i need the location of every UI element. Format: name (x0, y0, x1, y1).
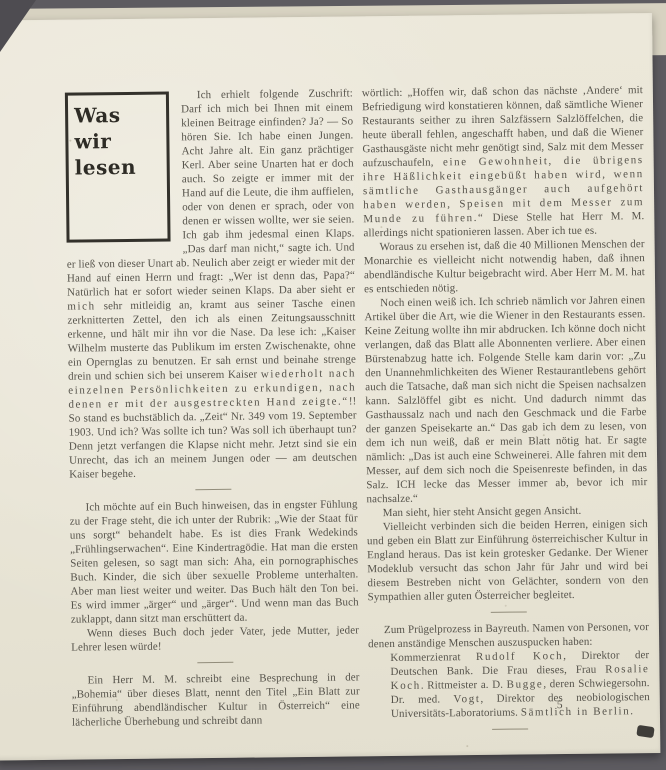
letterspaced-text: mich (67, 300, 96, 312)
letterspaced-text: Rudolf Koch (476, 650, 563, 663)
text-segment: Ich möchte auf ein Buch hinweisen, das i… (70, 498, 359, 625)
page-number: 5 (557, 699, 563, 711)
letterspaced-text: Bugge (507, 678, 544, 690)
text-segment: Man sieht, hier steht Ansicht gegen Ansi… (383, 505, 582, 519)
page-content: Was wir lesen Ich erhielt folgende Zusch… (65, 83, 650, 744)
section-divider (492, 728, 528, 729)
text-segment: Zum Prügelprozess in Bayreuth. Namen von… (368, 621, 649, 650)
page-corner-shadow (0, 0, 36, 52)
text-segment: Ein Herr M. M. schreibt eine Besprechung… (72, 671, 360, 728)
text-segment: Wenn dieses Buch doch jeder Vater, jede … (71, 624, 359, 653)
paragraph: wörtlich: „Hoffen wir, daß schon das näc… (362, 83, 645, 240)
paragraph: Wenn dieses Buch doch jeder Vater, jede … (71, 623, 359, 654)
page-title: lesen (75, 154, 161, 181)
article-left-column: Was wir lesen Ich erhielt folgende Zusch… (65, 86, 360, 743)
text-segment: Vielleicht verbinden sich die beiden Her… (367, 518, 649, 603)
section-divider (195, 489, 231, 490)
text-segment: . Rittmeister a. D. (421, 679, 507, 692)
names-paragraph: Kommerzienrat Rudolf Koch, Direktor der … (390, 648, 650, 721)
text-segment: Noch einen weiß ich. Ich schrieb nämlich… (364, 294, 647, 505)
article-right-column: wörtlich: „Hoffen wir, daß schon das näc… (362, 83, 650, 740)
paragraph: Zum Prügelprozess in Bayreuth. Namen von… (368, 620, 649, 651)
book-page-paper: Was wir lesen Ich erhielt folgende Zusch… (0, 13, 660, 760)
scanned-book-page: Was wir lesen Ich erhielt folgende Zusch… (0, 0, 666, 770)
paragraph: Noch einen weiß ich. Ich schrieb nämlich… (364, 293, 647, 506)
letterspaced-text: Sämtlich in Berlin. (521, 705, 635, 718)
paragraph: Ich möchte auf ein Buch hinweisen, das i… (69, 497, 358, 626)
paragraph: Woraus zu ersehen ist, daß die 40 Millio… (364, 237, 646, 296)
page-title: Was wir (74, 102, 161, 155)
page-edge-notch (636, 725, 654, 738)
section-divider (197, 662, 233, 663)
section-divider (490, 611, 526, 612)
text-segment: Kommerzienrat (390, 651, 476, 664)
paragraph: Ein Herr M. M. schreibt eine Besprechung… (71, 670, 360, 729)
text-segment: Woraus zu ersehen ist, daß die 40 Millio… (364, 238, 645, 295)
paragraph: Vielleicht verbinden sich die beiden Her… (367, 517, 649, 604)
letterspaced-text: Vogt (453, 693, 480, 705)
title-box: Was wir lesen (65, 91, 171, 242)
